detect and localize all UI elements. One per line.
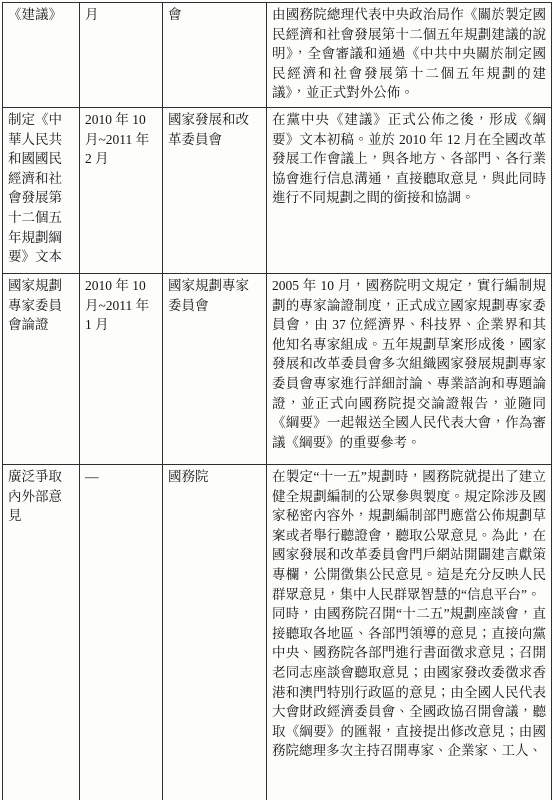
- agency-cell: 國務院: [163, 465, 267, 800]
- agency-cell: 會: [163, 3, 267, 108]
- agency-cell: 國家發展和改革委員會: [163, 108, 267, 274]
- description-cell: 2005 年 10 月，國務院明文規定，實行編制規劃的專家論證制度，正式成立國家…: [267, 274, 552, 465]
- time-cell: —: [80, 465, 163, 800]
- table-row: 《建議》 月 會 由國務院總理代表中央政治局作《關於製定國民經濟和社會發展第十二…: [3, 3, 552, 108]
- agency-cell: 國家規劃專家委員會: [163, 274, 267, 465]
- time-cell: 2010 年 10 月~2011 年 1 月: [80, 274, 163, 465]
- stage-cell: 廣泛爭取內外部意見: [3, 465, 80, 800]
- stage-cell: 國家規劃專家委員會論證: [3, 274, 80, 465]
- time-cell: 月: [80, 3, 163, 108]
- table-row: 國家規劃專家委員會論證 2010 年 10 月~2011 年 1 月 國家規劃專…: [3, 274, 552, 465]
- table-row: 制定《中華人民共和國國民經濟和社會發展第十二個五年規劃綱要》文本 2010 年 …: [3, 108, 552, 274]
- five-year-plan-process-table: 《建議》 月 會 由國務院總理代表中央政治局作《關於製定國民經濟和社會發展第十二…: [2, 2, 552, 800]
- time-cell: 2010 年 10 月~2011 年 2 月: [80, 108, 163, 274]
- description-cell: 在黨中央《建議》正式公佈之後，形成《綱要》文本初稿。並於 2010 年 12 月…: [267, 108, 552, 274]
- description-cell: 由國務院總理代表中央政治局作《關於製定國民經濟和社會發展第十二個五年規劃建議的說…: [267, 3, 552, 108]
- stage-cell: 《建議》: [3, 3, 80, 108]
- description-cell: 在製定“十一五”規劃時，國務院就提出了建立健全規劃編制的公眾參與製度。規定除涉及…: [267, 465, 552, 800]
- table-row: 廣泛爭取內外部意見 — 國務院 在製定“十一五”規劃時，國務院就提出了建立健全規…: [3, 465, 552, 800]
- stage-cell: 制定《中華人民共和國國民經濟和社會發展第十二個五年規劃綱要》文本: [3, 108, 80, 274]
